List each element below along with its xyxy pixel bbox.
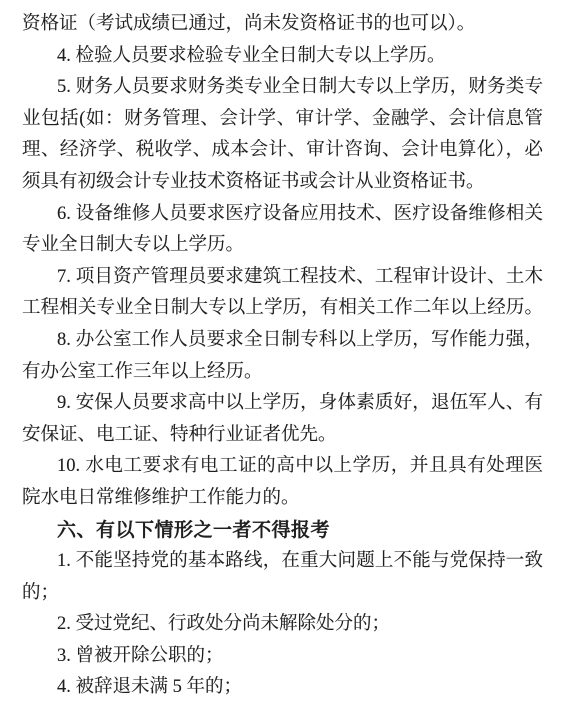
document-body: 资格证（考试成绩已通过，尚未发资格证书的也可以）。4. 检验人员要求检验专业全日… (22, 9, 543, 704)
text-line: 2. 受过党纪、行政处分尚未解除处分的； (22, 609, 543, 641)
text-line: 的； (22, 578, 543, 610)
text-line: 9. 安保人员要求高中以上学历，身体素质好，退伍军人、有 (22, 388, 543, 420)
text-line: 7. 项目资产管理员要求建筑工程技术、工程审计设计、土木 (22, 262, 543, 294)
text-line: 有办公室工作三年以上经历。 (22, 357, 543, 389)
text-line: 4. 被辞退未满 5 年的； (22, 672, 543, 704)
document-page: 资格证（考试成绩已通过，尚未发资格证书的也可以）。4. 检验人员要求检验专业全日… (0, 0, 566, 728)
text-line: 安保证、电工证、特种行业证者优先。 (22, 420, 543, 452)
text-line: 5. 财务人员要求财务类专业全日制大专以上学历，财务类专 (22, 72, 543, 104)
text-line: 须具有初级会计专业技术资格证书或会计从业资格证书。 (22, 167, 543, 199)
text-line: 6. 设备维修人员要求医疗设备应用技术、医疗设备维修相关 (22, 199, 543, 231)
text-line: 8. 办公室工作人员要求全日制专科以上学历，写作能力强， (22, 325, 543, 357)
text-line: 院水电日常维修维护工作能力的。 (22, 483, 543, 515)
text-line: 资格证（考试成绩已通过，尚未发资格证书的也可以）。 (22, 9, 543, 41)
text-line: 专业全日制大专以上学历。 (22, 230, 543, 262)
text-line: 工程相关专业全日制大专以上学历，有相关工作二年以上经历。 (22, 293, 543, 325)
text-line: 10. 水电工要求有电工证的高中以上学历，并且具有处理医 (22, 451, 543, 483)
text-line: 业包括(如：财务管理、会计学、审计学、金融学、会计信息管 (22, 104, 543, 136)
text-line: 3. 曾被开除公职的； (22, 641, 543, 673)
section-heading: 六、有以下情形之一者不得报考 (22, 515, 543, 547)
text-line: 4. 检验人员要求检验专业全日制大专以上学历。 (22, 41, 543, 73)
text-line: 理、经济学、税收学、成本会计、审计咨询、会计电算化），必 (22, 135, 543, 167)
text-line: 1. 不能坚持党的基本路线，在重大问题上不能与党保持一致 (22, 546, 543, 578)
